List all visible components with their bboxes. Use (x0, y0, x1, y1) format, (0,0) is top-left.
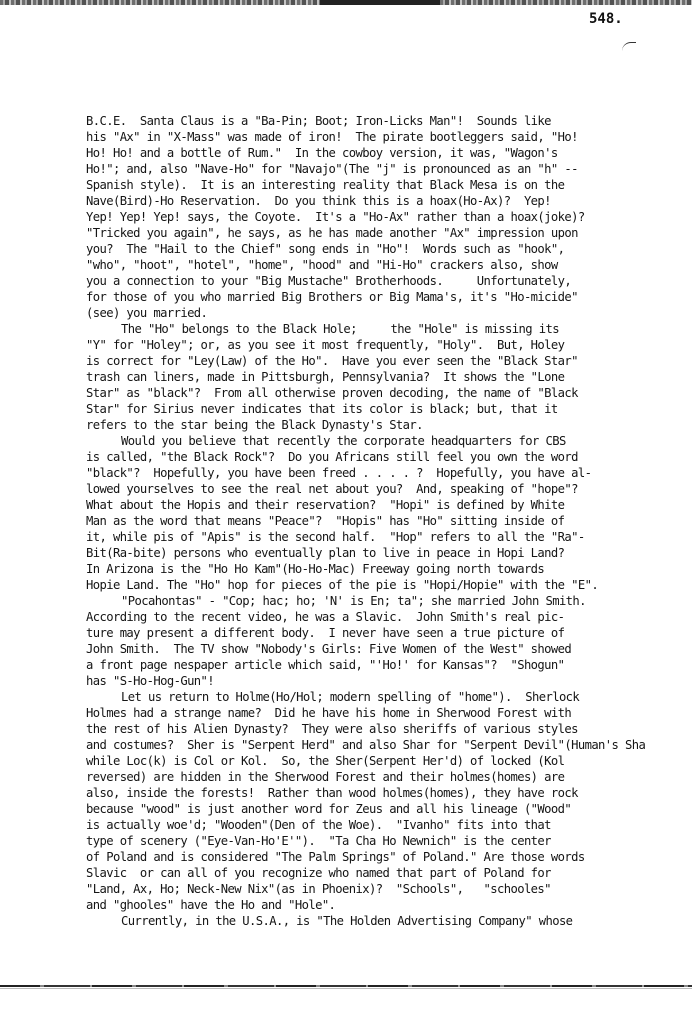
text-line: Man as the word that means "Peace"? "Hop… (86, 513, 686, 529)
text-line: reversed) are hidden in the Sherwood For… (86, 769, 686, 785)
text-line: trash can liners, made in Pittsburgh, Pe… (86, 369, 686, 385)
text-line: Bit(Ra-bite) persons who eventually plan… (86, 545, 686, 561)
page-number: 548. (589, 11, 623, 27)
text-line: Star" for Sirius never indicates that it… (86, 401, 686, 417)
text-line: has "S-Ho-Hog-Gun"! (86, 673, 686, 689)
scan-bottom-rule-shadow (0, 988, 692, 989)
text-line: you? The "Hail to the Chief" song ends i… (86, 241, 686, 257)
text-line: "Y" for "Holey"; or, as you see it most … (86, 337, 686, 353)
text-line: "Land, Ax, Ho; Neck-New Nix"(as in Phoen… (86, 881, 686, 897)
text-line: Slavic or can all of you recognize who n… (86, 865, 686, 881)
pen-mark (622, 42, 636, 51)
text-line: because "wood" is just another word for … (86, 801, 686, 817)
text-line: Ho! Ho! and a bottle of Rum." In the cow… (86, 145, 686, 161)
text-line: (see) you married. (86, 305, 686, 321)
text-line: is called, "the Black Rock"? Do you Afri… (86, 449, 686, 465)
text-line: the rest of his Alien Dynasty? They were… (86, 721, 686, 737)
text-line: Currently, in the U.S.A., is "The Holden… (86, 913, 686, 929)
scan-bottom-rule (0, 985, 692, 987)
body-text: B.C.E. Santa Claus is a "Ba-Pin; Boot; I… (86, 113, 686, 929)
text-line: Star" as "black"? From all otherwise pro… (86, 385, 686, 401)
text-line: of Poland and is considered "The Palm Sp… (86, 849, 686, 865)
text-line: John Smith. The TV show "Nobody's Girls:… (86, 641, 686, 657)
text-line: Spanish style). It is an interesting rea… (86, 177, 686, 193)
text-line: The "Ho" belongs to the Black Hole; the … (86, 321, 686, 337)
text-line: his "Ax" in "X-Mass" was made of iron! T… (86, 129, 686, 145)
text-line: lowed yourselves to see the real net abo… (86, 481, 686, 497)
text-line: is actually woe'd; "Wooden"(Den of the W… (86, 817, 686, 833)
text-line: Let us return to Holme(Ho/Hol; modern sp… (86, 689, 686, 705)
text-line: it, while pis of "Apis" is the second ha… (86, 529, 686, 545)
text-line: "Tricked you again", he says, as he has … (86, 225, 686, 241)
text-line: ture may present a different body. I nev… (86, 625, 686, 641)
text-line: "Pocahontas" - "Cop; hac; ho; 'N' is En;… (86, 593, 686, 609)
text-line: "black"? Hopefully, you have been freed … (86, 465, 686, 481)
text-line: Would you believe that recently the corp… (86, 433, 686, 449)
text-line: What about the Hopis and their reservati… (86, 497, 686, 513)
text-line: and "ghooles" have the Ho and "Hole". (86, 897, 686, 913)
text-line: and costumes? Sher is "Serpent Herd" and… (86, 737, 686, 753)
scan-top-edge-dark (320, 0, 440, 5)
text-line: is correct for "Ley(Law) of the Ho". Hav… (86, 353, 686, 369)
text-line: Hopie Land. The "Ho" hop for pieces of t… (86, 577, 686, 593)
text-line: B.C.E. Santa Claus is a "Ba-Pin; Boot; I… (86, 113, 686, 129)
text-line: In Arizona is the "Ho Ho Kam"(Ho-Ho-Mac)… (86, 561, 686, 577)
text-line: while Loc(k) is Col or Kol. So, the Sher… (86, 753, 686, 769)
text-line: you a connection to your "Big Mustache" … (86, 273, 686, 289)
text-line: Ho!"; and, also "Nave-Ho" for "Navajo"(T… (86, 161, 686, 177)
text-line: Nave(Bird)-Ho Reservation. Do you think … (86, 193, 686, 209)
text-line: refers to the star being the Black Dynas… (86, 417, 686, 433)
text-line: type of scenery ("Eye-Van-Ho'E'"). "Ta C… (86, 833, 686, 849)
text-line: "who", "hoot", "hotel", "home", "hood" a… (86, 257, 686, 273)
text-line: According to the recent video, he was a … (86, 609, 686, 625)
text-line: also, inside the forests! Rather than wo… (86, 785, 686, 801)
text-line: for those of you who married Big Brother… (86, 289, 686, 305)
text-line: Holmes had a strange name? Did he have h… (86, 705, 686, 721)
text-line: Yep! Yep! Yep! says, the Coyote. It's a … (86, 209, 686, 225)
text-line: a front page nespaper article which said… (86, 657, 686, 673)
